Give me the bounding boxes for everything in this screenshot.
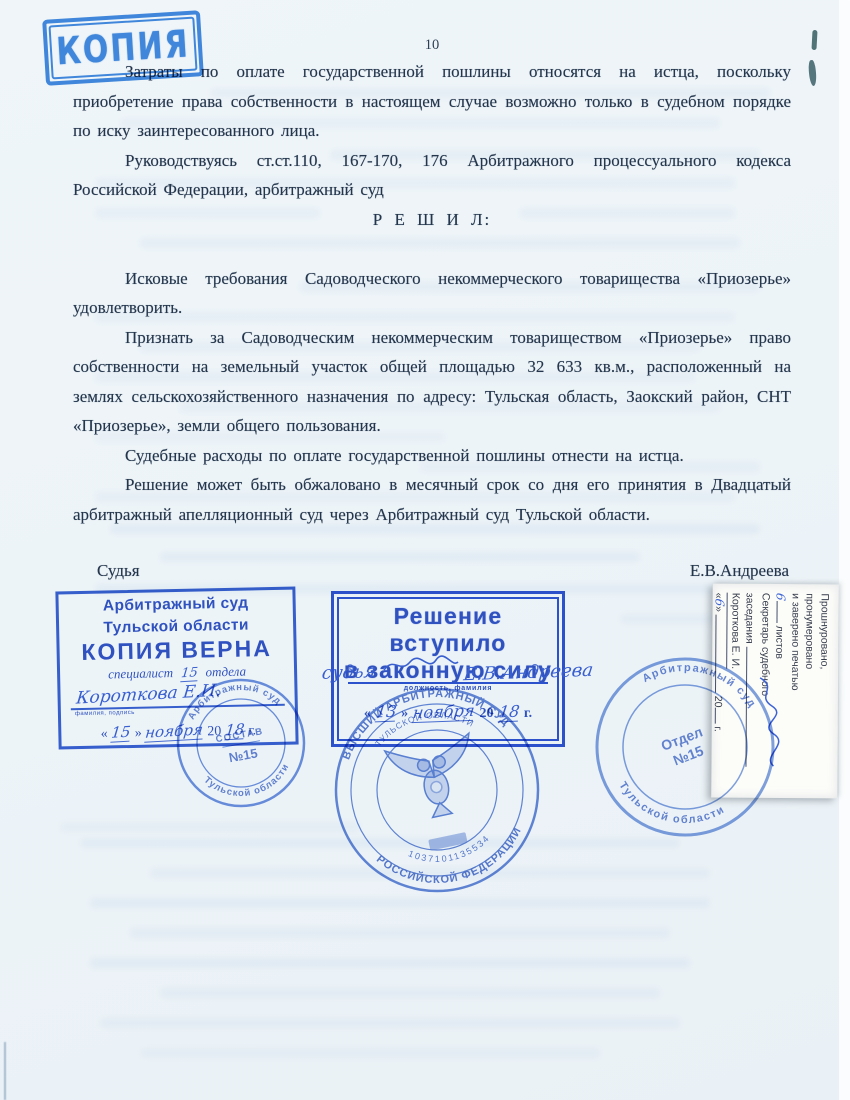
year-suffix: г. bbox=[524, 706, 532, 722]
paragraph-appeal: Решение может быть обжаловано в месячный… bbox=[73, 470, 791, 529]
date-month-handwritten: ноября bbox=[412, 701, 476, 723]
scan-edge-line bbox=[4, 1042, 6, 1100]
page: 10 Затраты по оплате государственной пош… bbox=[0, 0, 850, 1100]
date-day-handwritten: 13 bbox=[375, 702, 398, 723]
bleed-through-line bbox=[100, 1018, 680, 1028]
bleed-through-line bbox=[90, 958, 690, 968]
in-force-signature-row: судья Е.В.Андреева bbox=[322, 652, 652, 683]
signature-row: Судья Е.В.Андреева bbox=[73, 556, 791, 586]
in-force-date-line: « 13 » ноября 20 18 г. bbox=[342, 702, 554, 722]
clerk-number-handwritten: 15 bbox=[180, 665, 198, 682]
paragraph-ruling-basis: Руководствуясь ст.ст.110, 167-170, 176 А… bbox=[73, 146, 791, 205]
year-handwritten: 18 bbox=[224, 720, 245, 740]
year-handwritten: 18 bbox=[497, 702, 520, 723]
role-handwritten: судья bbox=[321, 661, 378, 684]
judge-label: Судья bbox=[97, 556, 140, 586]
judge-name: Е.В.Андреева bbox=[690, 556, 789, 586]
ink-mark bbox=[808, 60, 817, 87]
quote-open: « bbox=[101, 726, 108, 742]
clerk-suffix: отдела bbox=[205, 664, 246, 681]
date-day-handwritten: 15 bbox=[111, 723, 132, 743]
bleed-through-line bbox=[130, 928, 670, 938]
date-month-handwritten: ноября bbox=[145, 720, 205, 742]
in-force-line1: Решение вступило bbox=[334, 603, 562, 657]
date-day-handwritten: 6 bbox=[713, 597, 728, 607]
secretary-name: Короткова Е. И. bbox=[727, 593, 743, 669]
copy-corner-stamp: КОПИЯ bbox=[42, 10, 204, 86]
sheet-count-handwritten: 6 bbox=[774, 592, 789, 602]
ink-mark bbox=[811, 30, 817, 50]
seal-small-center2: №15 bbox=[228, 745, 259, 765]
copy-true-court1: Арбитражный суд bbox=[59, 594, 293, 617]
copy-true-date-line: « 15 » ноября 20 18 г. bbox=[61, 720, 295, 744]
year-suffix: г. bbox=[248, 723, 256, 739]
copy-true-signature-line: Короткова Е.И. bbox=[70, 680, 284, 710]
copy-true-title: КОПИЯ ВЕРНА bbox=[59, 635, 293, 666]
judge-name-handwritten: Е.В.Андреева bbox=[462, 660, 594, 685]
copy-true-stamp: Арбитражный суд Тульской области КОПИЯ В… bbox=[55, 587, 298, 750]
sheet-count-suffix: листов bbox=[774, 626, 786, 659]
bleed-through-line bbox=[160, 988, 660, 998]
clerk-prefix: специалист bbox=[108, 665, 173, 682]
sticker-line1: Прошнуровано, bbox=[816, 593, 832, 789]
signature-squiggle bbox=[380, 652, 460, 678]
clerk-signature-handwritten: Короткова Е.И. bbox=[75, 681, 222, 709]
quote-close: » bbox=[401, 706, 408, 722]
in-force-stamp: Решение вступило в законную силу судья Е… bbox=[331, 591, 565, 747]
paragraph-claims: Исковые требования Садоводческого некомм… bbox=[73, 264, 791, 323]
quote-close: » bbox=[135, 726, 142, 742]
sticker-line2: пронумеровано bbox=[801, 593, 817, 789]
year-prefix: 20 bbox=[207, 724, 221, 740]
copy-corner-stamp-text: КОПИЯ bbox=[55, 22, 191, 74]
bleed-through-line bbox=[140, 1048, 600, 1058]
resolution-heading: Р Е Ш И Л: bbox=[73, 205, 791, 235]
paragraph-costs-assignment: Судебные расходы по оплате государственн… bbox=[73, 441, 791, 471]
sticker-role2: заседания bbox=[744, 593, 756, 644]
in-force-caption: должность, фамилия bbox=[334, 685, 562, 692]
bleed-through-line bbox=[60, 822, 360, 832]
quote-open: « bbox=[364, 706, 371, 722]
document-body: 10 Затраты по оплате государственной пош… bbox=[73, 36, 791, 586]
scan-edge bbox=[839, 0, 850, 1100]
paragraph-recognition: Признать за Садоводческим некоммерческим… bbox=[73, 323, 791, 441]
year-prefix: 20 bbox=[480, 706, 494, 722]
